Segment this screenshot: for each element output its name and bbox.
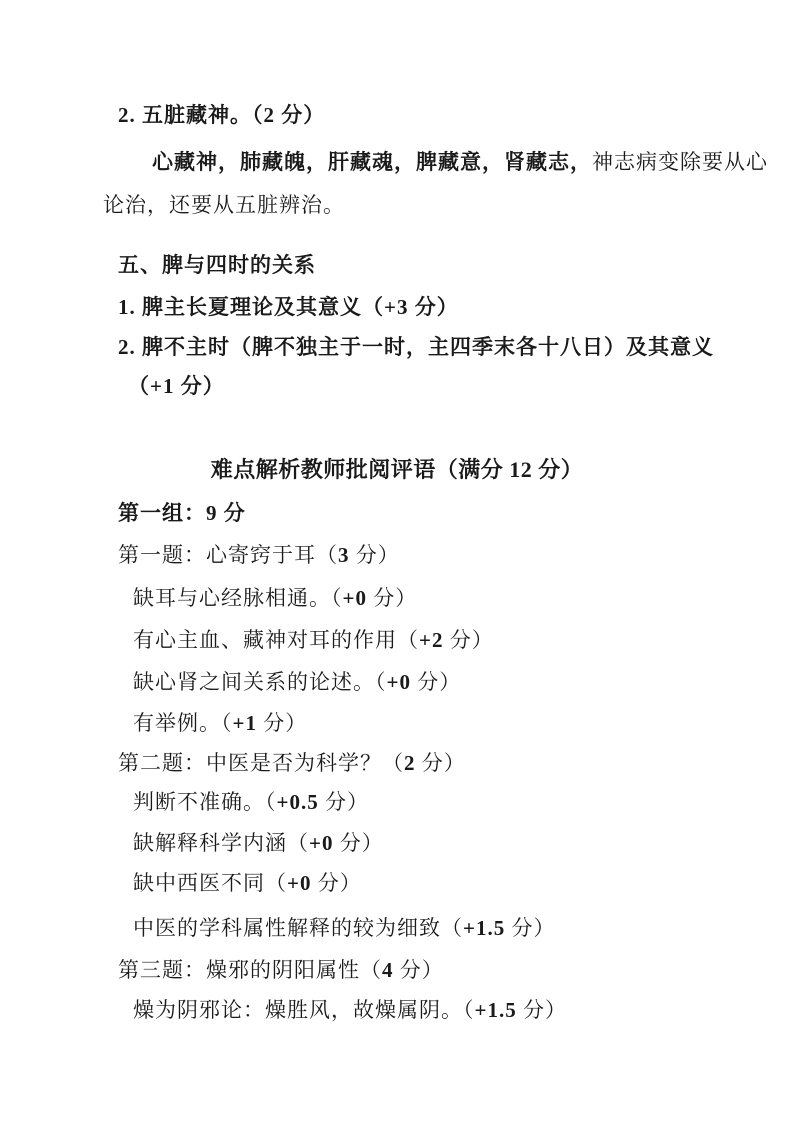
review-heading: 难点解析教师批阅评语（满分 12 分） xyxy=(0,455,794,485)
q2-title: 2. 五脏藏神。（2 分） xyxy=(118,100,325,130)
section5-item2-line1: 2. 脾不主时（脾不独主于一时，主四季末各十八日）及其意义 xyxy=(118,332,714,362)
review-q1-title: 第一题：心寄窍于耳（3 分） xyxy=(118,540,400,570)
q2-answer-line2: 论治，还要从五脏辨治。 xyxy=(103,190,345,220)
review-q2-comment-1: 判断不准确。（+0.5 分） xyxy=(133,787,369,817)
review-q2-title: 第二题：中医是否为科学？（2 分） xyxy=(118,748,466,778)
review-q1-comment-1: 缺耳与心经脉相通。（+0 分） xyxy=(133,583,417,613)
q2-answer-emphasis: 心藏神，肺藏魄，肝藏魂，脾藏意，肾藏志， xyxy=(152,150,592,174)
q2-answer-line1: 心藏神，肺藏魄，肝藏魂，脾藏意，肾藏志，神志病变除要从心 xyxy=(152,147,768,177)
review-q1-comment-2: 有心主血、藏神对耳的作用（+2 分） xyxy=(133,625,494,655)
review-q1-comment-4: 有举例。（+1 分） xyxy=(133,708,307,738)
review-q1-comment-3: 缺心肾之间关系的论述。（+0 分） xyxy=(133,667,461,697)
section5-item2-line2: （+1 分） xyxy=(128,371,225,401)
review-group1-score: 第一组：9 分 xyxy=(118,498,246,528)
review-q3-comment-1: 燥为阴邪论：燥胜风，故燥属阴。（+1.5 分） xyxy=(133,995,567,1025)
review-q3-title: 第三题：燥邪的阴阳属性（4 分） xyxy=(118,955,444,985)
q2-answer-rest: 神志病变除要从心 xyxy=(592,150,768,174)
section5-item1: 1. 脾主长夏理论及其意义（+3 分） xyxy=(118,292,459,322)
review-q2-comment-2: 缺解释科学内涵（+0 分） xyxy=(133,828,384,858)
document-page: 2. 五脏藏神。（2 分） 心藏神，肺藏魄，肝藏魂，脾藏意，肾藏志，神志病变除要… xyxy=(0,0,794,1123)
review-q2-comment-3: 缺中西医不同（+0 分） xyxy=(133,868,362,898)
section5-title: 五、脾与四时的关系 xyxy=(118,250,316,280)
review-q2-comment-4: 中医的学科属性解释的较为细致（+1.5 分） xyxy=(133,913,555,943)
